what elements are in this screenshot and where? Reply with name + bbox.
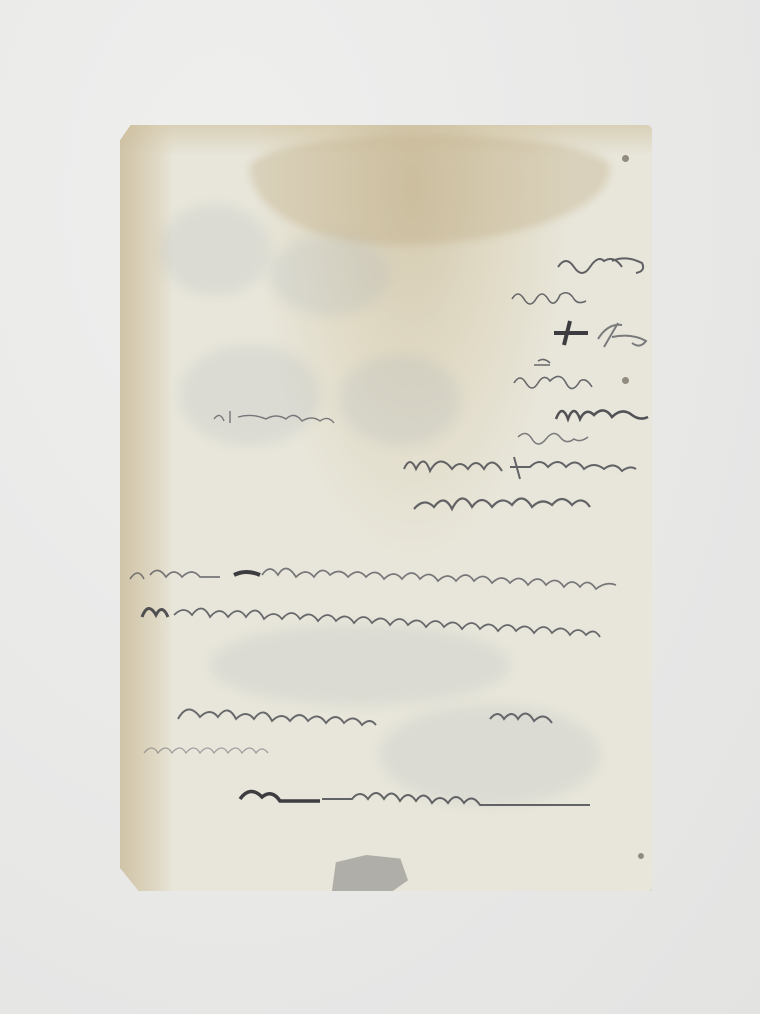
show-through-print: [270, 235, 390, 315]
show-through-print: [180, 345, 320, 445]
pin-hole: [638, 853, 644, 859]
pin-hole: [622, 155, 629, 162]
paper-sheet: [illegible handwritten script] [illegibl…: [120, 125, 652, 891]
tape-patch: [332, 855, 408, 891]
show-through-print: [210, 625, 510, 705]
show-through-print: [340, 355, 460, 445]
show-through-print: [160, 205, 270, 295]
pin-hole: [622, 377, 629, 384]
